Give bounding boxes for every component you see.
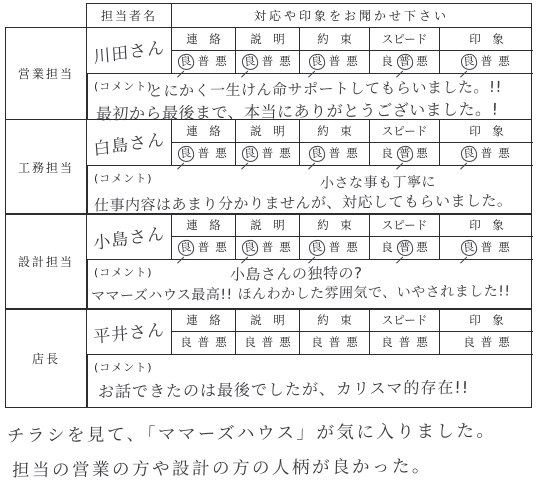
criteria-header: 説 明 — [235, 309, 299, 332]
rating-option: 悪 — [497, 147, 511, 161]
criteria-header: 説 明 — [235, 28, 299, 51]
rating-option: 悪 — [497, 55, 511, 69]
rating-option: 悪 — [415, 55, 429, 69]
rating-circled-mark: 普 — [396, 53, 413, 70]
rating-option: 良 — [310, 336, 324, 350]
rating-option: 普 — [480, 55, 494, 69]
rating-circled-mark: 良 — [241, 145, 258, 162]
rating-option: 悪 — [278, 336, 292, 350]
comment-label: (コメント) — [94, 264, 153, 280]
rating-cell: 良普悪 — [299, 51, 369, 74]
rating-option: 良 — [380, 336, 394, 350]
handwritten-footer-line: チラシを見て、「ママーズハウス」が気に入りました。 — [7, 417, 497, 447]
rating-option: 悪 — [214, 147, 228, 161]
rating-cell: 良普悪 — [171, 237, 235, 260]
criteria-header: スピード — [369, 28, 439, 51]
rating-option: 普 — [328, 147, 342, 161]
criteria-header: 連 絡 — [171, 214, 235, 237]
rating-option: 悪 — [214, 55, 228, 69]
rating-cell: 良普悪 — [171, 51, 235, 74]
handwritten-comment: 仕事内容はあまり分かりませんが、対応してもらいました。 — [94, 189, 513, 215]
criteria-header: 約 束 — [299, 214, 369, 237]
rating-option: 悪 — [415, 336, 429, 350]
rating-circled-mark: 良 — [177, 239, 194, 256]
rating-option: 良 — [380, 147, 394, 161]
criteria-header: 連 絡 — [171, 309, 235, 332]
rating-option: 普 — [261, 336, 275, 350]
handwritten-comment: ママーズハウス最高!! ほんわかした雰囲気で、いやされました!! — [91, 280, 511, 305]
rating-cell: 良普悪 — [171, 143, 235, 166]
comment-label: (コメント) — [94, 78, 153, 94]
rating-cell: 良普悪 — [439, 237, 533, 260]
ratings-grid: 連 絡説 明約 束スピード印 象良普悪良普悪良普悪良普悪良普悪 — [171, 214, 533, 260]
criteria-header: スピード — [369, 214, 439, 237]
staff-name-cell: 平井さん — [87, 309, 171, 355]
rating-circled-mark: 普 — [396, 145, 413, 162]
role-label: 設計担当 — [6, 214, 87, 309]
rating-circled-mark: 良 — [308, 145, 325, 162]
row-manager: 店長 平井さん 連 絡説 明約 束スピード印 象良普悪良普悪良普悪良普悪良普悪 … — [5, 308, 532, 408]
criteria-header: スピード — [369, 309, 439, 332]
rating-option: 悪 — [214, 241, 228, 255]
role-label: 営業担当 — [6, 28, 87, 119]
rating-option: 悪 — [497, 241, 511, 255]
rating-option: 普 — [261, 147, 275, 161]
rating-option: 悪 — [278, 147, 292, 161]
row-design: 設計担当 小島さん 連 絡説 明約 束スピード印 象良普悪良普悪良普悪良普悪良普… — [5, 213, 532, 310]
criteria-header: 印 象 — [439, 309, 533, 332]
comment-area: (コメント) とにかく一生けん命サポートしてもらいました。!! 最初から最後まで… — [87, 74, 531, 119]
rating-circled-mark: 良 — [460, 239, 477, 256]
criteria-header: 説 明 — [235, 214, 299, 237]
comment-label: (コメント) — [94, 359, 153, 375]
rating-option: 普 — [197, 336, 211, 350]
criteria-header: 約 束 — [299, 120, 369, 143]
rating-cell: 良普悪 — [369, 332, 439, 355]
row-construction: 工務担当 白島さん 連 絡説 明約 束スピード印 象良普悪良普悪良普悪良普悪良普… — [5, 119, 532, 215]
handwritten-name: 白島さん — [92, 125, 165, 160]
rating-option: 悪 — [278, 55, 292, 69]
table-header-row: 担当者名 対応や印象をお聞かせ下さい — [86, 3, 532, 28]
rating-cell: 良普悪 — [439, 332, 533, 355]
rating-cell: 良普悪 — [235, 237, 299, 260]
comment-label: (コメント) — [94, 170, 153, 186]
comment-area: (コメント) お話できたのは最後でしたが、カリスマ的存在!! — [87, 355, 531, 407]
rating-cell: 良普悪 — [171, 332, 235, 355]
rating-option: 良 — [380, 241, 394, 255]
criteria-header: 印 象 — [439, 214, 533, 237]
handwritten-footer-line: 担当の営業の方や設計の方の人柄が良かった。 — [12, 453, 433, 482]
rating-option: 良 — [462, 336, 476, 350]
rating-cell: 良普悪 — [369, 237, 439, 260]
comment-area: (コメント) 小さな事も丁寧に 仕事内容はあまり分かりませんが、対応してもらいま… — [87, 166, 531, 214]
rating-option: 悪 — [497, 336, 511, 350]
handwritten-comment: 小さな事も丁寧に — [320, 171, 436, 192]
rating-cell: 良普悪 — [235, 332, 299, 355]
rating-option: 普 — [197, 241, 211, 255]
rating-cell: 良普悪 — [299, 332, 369, 355]
rating-option: 普 — [480, 241, 494, 255]
rating-cell: 良普悪 — [235, 51, 299, 74]
rating-circled-mark: 良 — [177, 53, 194, 70]
criteria-header: 約 束 — [299, 28, 369, 51]
handwritten-comment: お話できたのは最後でしたが、カリスマ的存在!! — [98, 375, 470, 403]
rating-option: 普 — [261, 55, 275, 69]
rating-option: 悪 — [415, 241, 429, 255]
rating-cell: 良普悪 — [235, 143, 299, 166]
handwritten-name: 小島さん — [92, 219, 165, 254]
row-sales: 営業担当 川田さん 連 絡説 明約 束スピード印 象良普悪良普悪良普悪良普悪良普… — [5, 27, 532, 120]
header-staff-name: 担当者名 — [87, 4, 172, 27]
criteria-header: 印 象 — [439, 120, 533, 143]
role-label: 店長 — [6, 309, 87, 407]
rating-option: 普 — [328, 55, 342, 69]
rating-option: 良 — [243, 336, 257, 350]
rating-option: 悪 — [214, 336, 228, 350]
rating-circled-mark: 良 — [241, 239, 258, 256]
ratings-grid: 連 絡説 明約 束スピード印 象良普悪良普悪良普悪良普悪良普悪 — [171, 120, 533, 166]
role-label: 工務担当 — [6, 120, 87, 214]
handwritten-comment: 小島さんの独特の? — [230, 262, 363, 285]
rating-cell: 良普悪 — [369, 51, 439, 74]
header-feedback: 対応や印象をお聞かせ下さい — [172, 4, 531, 27]
criteria-header: 説 明 — [235, 120, 299, 143]
rating-circled-mark: 良 — [460, 53, 477, 70]
rating-option: 普 — [197, 55, 211, 69]
criteria-header: 連 絡 — [171, 120, 235, 143]
rating-circled-mark: 良 — [177, 145, 194, 162]
rating-option: 悪 — [345, 55, 359, 69]
rating-option: 普 — [328, 336, 342, 350]
rating-cell: 良普悪 — [299, 237, 369, 260]
criteria-header: 連 絡 — [171, 28, 235, 51]
staff-name-cell: 白島さん — [87, 120, 171, 166]
rating-option: 良 — [380, 55, 394, 69]
rating-option: 普 — [480, 336, 494, 350]
rating-option: 普 — [328, 241, 342, 255]
rating-option: 普 — [480, 147, 494, 161]
rating-circled-mark: 良 — [241, 53, 258, 70]
criteria-header: スピード — [369, 120, 439, 143]
rating-option: 悪 — [278, 241, 292, 255]
handwritten-name: 川田さん — [92, 33, 165, 68]
rating-cell: 良普悪 — [299, 143, 369, 166]
comment-area: (コメント) 小島さんの独特の? ママーズハウス最高!! ほんわかした雰囲気で、… — [87, 260, 531, 309]
rating-cell: 良普悪 — [369, 143, 439, 166]
criteria-header: 約 束 — [299, 309, 369, 332]
rating-option: 良 — [179, 336, 193, 350]
ratings-grid: 連 絡説 明約 束スピード印 象良普悪良普悪良普悪良普悪良普悪 — [171, 28, 533, 74]
rating-circled-mark: 良 — [308, 239, 325, 256]
rating-cell: 良普悪 — [439, 143, 533, 166]
rating-option: 普 — [197, 147, 211, 161]
rating-circled-mark: 良 — [308, 53, 325, 70]
criteria-header: 印 象 — [439, 28, 533, 51]
rating-option: 悪 — [345, 241, 359, 255]
rating-option: 悪 — [345, 336, 359, 350]
survey-form: 担当者名 対応や印象をお聞かせ下さい 営業担当 川田さん 連 絡説 明約 束スピ… — [0, 0, 540, 489]
rating-option: 普 — [261, 241, 275, 255]
rating-circled-mark: 良 — [460, 145, 477, 162]
rating-circled-mark: 普 — [396, 239, 413, 256]
staff-name-cell: 小島さん — [87, 214, 171, 260]
ratings-grid: 連 絡説 明約 束スピード印 象良普悪良普悪良普悪良普悪良普悪 — [171, 309, 533, 355]
rating-option: 悪 — [345, 147, 359, 161]
rating-option: 普 — [398, 336, 412, 350]
rating-cell: 良普悪 — [439, 51, 533, 74]
rating-option: 悪 — [415, 147, 429, 161]
handwritten-name: 平井さん — [93, 315, 166, 348]
staff-name-cell: 川田さん — [87, 28, 171, 74]
